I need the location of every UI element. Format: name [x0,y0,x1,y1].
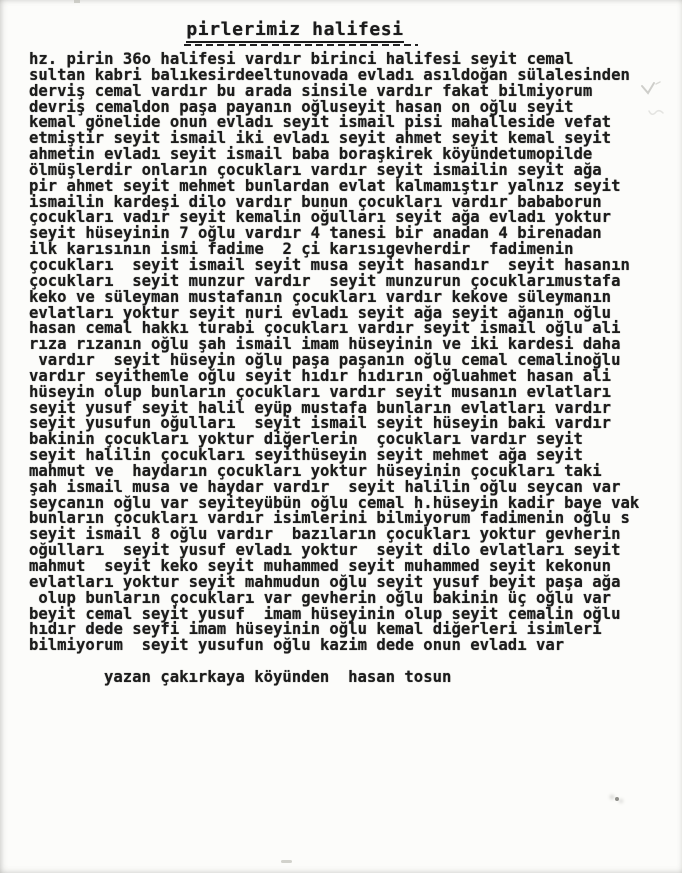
bottom-smudge-artifact [281,860,292,863]
document-body-text: hz. pirin 36o halifesi vardır birinci ha… [29,52,682,654]
document-title: pirlerimiz halifesi [186,19,403,43]
title-row: pirlerimiz halifesi [0,0,636,43]
author-signature-line: yazan çakırkaya köyünden hasan tosun [104,668,682,686]
scanned-page: pirlerimiz halifesi hz. pirin 36o halife… [0,0,682,873]
speck-artifact [615,797,619,801]
